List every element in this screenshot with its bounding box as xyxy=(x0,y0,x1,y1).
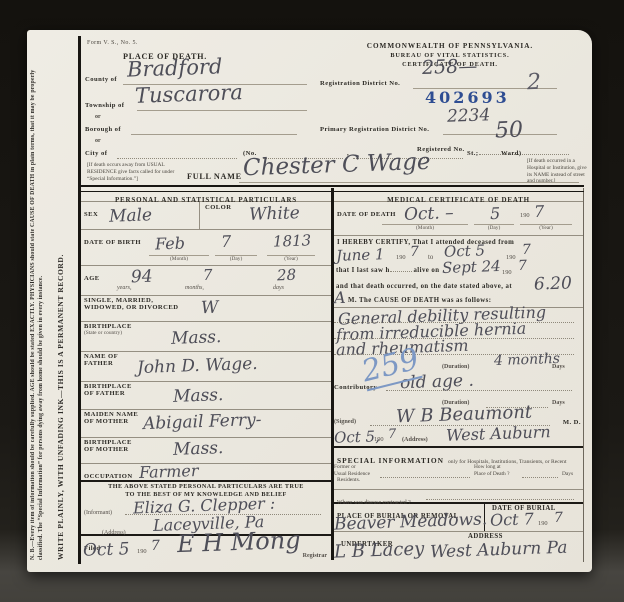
occupation-value: Farmer xyxy=(139,461,199,482)
father-birthplace-row: BIRTHPLACE OF FATHER Mass. xyxy=(81,382,331,410)
registered-no-value: 50 xyxy=(495,118,524,144)
father-bp-value: Mass. xyxy=(173,385,224,407)
date-of-death-row: DATE OF DEATH Oct. – 5 190 7 (Month) (Da… xyxy=(334,202,583,236)
last-saw-year-hw: 7 xyxy=(518,258,527,274)
burial-row: PLACE OF BURIAL OR REMOVAL DATE OF BURIA… xyxy=(334,504,583,532)
city-st-label: St.; xyxy=(467,150,479,157)
age-months-value: 7 xyxy=(203,266,213,284)
attended-to-year-hw: 7 xyxy=(522,242,531,258)
filed-year-hw: 7 xyxy=(151,538,160,554)
statement-line-1: THE ABOVE STATED PERSONAL PARTICULARS AR… xyxy=(84,483,328,491)
mother-birthplace-row: BIRTHPLACE OF MOTHER Mass. xyxy=(81,438,331,464)
death-occurred-text: and that death occurred, on the date sta… xyxy=(336,283,512,290)
medical-certificate-column: MEDICAL CERTIFICATE OF DEATH DATE OF DEA… xyxy=(334,188,583,560)
township-value: Tuscarora xyxy=(135,80,244,108)
margin-note-nb: N. B.—Every item of information should b… xyxy=(30,44,54,560)
or-1: or xyxy=(95,114,101,122)
birthplace-value: Mass. xyxy=(171,327,222,349)
form-number: Form V. S., No. 5. xyxy=(87,40,138,48)
dod-month-caption: (Month) xyxy=(382,224,468,231)
cause-of-death-label: M. The CAUSE OF DEATH was as follows: xyxy=(348,297,491,304)
duration-days-label: Days xyxy=(552,364,565,370)
mother-bp-value: Mass. xyxy=(173,438,224,460)
city-label: City of xyxy=(85,150,107,157)
occupation-label: OCCUPATION xyxy=(84,473,133,480)
duration-value: 4 months xyxy=(494,351,560,369)
form-right-border xyxy=(583,188,584,562)
special-information-row: SPECIAL INFORMATION only for Hospitals, … xyxy=(334,448,583,490)
personal-particulars-column: PERSONAL AND STATISTICAL PARTICULARS SEX… xyxy=(81,188,331,560)
dob-year-value: 1813 xyxy=(273,231,312,250)
county-label: County of xyxy=(85,76,117,83)
signed-year-printed: 190 xyxy=(374,436,384,443)
father-value: John D. Wage. xyxy=(137,354,258,378)
primary-registration-label: Primary Registration District No. xyxy=(320,126,429,133)
last-saw-line: that I last saw h alive on xyxy=(336,267,440,274)
signed-year-hw: 7 xyxy=(388,427,397,442)
contributory-row: Contributory old age . 259 xyxy=(334,374,583,396)
former-label: Former or xyxy=(334,464,356,471)
age-months-caption: months, xyxy=(185,285,204,291)
registration-district-value: 258— xyxy=(422,55,478,79)
registered-no-line xyxy=(479,136,569,155)
burial-year-printed: 190 xyxy=(538,520,548,527)
township-label: Township of xyxy=(85,102,124,109)
signed-address-value: West Auburn xyxy=(446,422,551,445)
undertaker-address-value: West Auburn Pa xyxy=(430,538,568,563)
commonwealth-line: COMMONWEALTH OF PENNSYLVANIA. xyxy=(307,42,593,50)
age-years-caption: years, xyxy=(117,285,132,291)
usual-residence-label: Usual Residence xyxy=(334,471,370,478)
dob-day-caption: (Day) xyxy=(215,255,257,262)
how-long-line xyxy=(522,477,558,478)
how-long-label-1: How long at xyxy=(474,464,501,471)
filed-date-value: Oct 5 xyxy=(83,539,130,561)
certification-row: I HEREBY CERTIFY, That I attended deceas… xyxy=(334,236,583,308)
signed-label: (Signed) xyxy=(334,418,356,425)
signed-date-address-row: Oct 5, 190 7 (Address) West Auburn xyxy=(334,430,583,448)
sex-color-divider xyxy=(199,202,200,229)
county-value: Bradford xyxy=(127,54,223,81)
death-time-value: 6.20 xyxy=(534,273,573,294)
dod-day-caption: (Day) xyxy=(474,224,514,231)
undertaker-value: L B Lacey xyxy=(334,538,425,562)
attended-to-year-printed: 190 xyxy=(506,254,516,261)
sex-label: SEX xyxy=(84,211,98,218)
primary-registration-value: 2234 xyxy=(447,105,491,126)
mother-name-row: MAIDEN NAME OF MOTHER Abigail Ferry- xyxy=(81,410,331,438)
sex-color-row: SEX Male COLOR White xyxy=(81,202,331,230)
borough-label: Borough of xyxy=(85,126,121,133)
city-line xyxy=(117,140,237,159)
last-saw-post: alive on xyxy=(413,267,439,274)
undertaker-address-label: ADDRESS xyxy=(468,533,503,540)
age-days-value: 28 xyxy=(277,266,297,285)
age-years-value: 94 xyxy=(131,267,153,288)
filed-year-printed: 190 xyxy=(137,548,147,555)
certificate-number-stamp: 402693 xyxy=(425,88,510,107)
contracted-line xyxy=(426,499,574,500)
dod-year-hw: 7 xyxy=(534,202,545,221)
last-saw-blank xyxy=(390,271,412,272)
filed-row: Filed Oct 5 190 7 E H Mong Registrar xyxy=(81,536,331,560)
dod-day-value: 5 xyxy=(490,204,501,223)
or-2: or xyxy=(95,138,101,146)
father-name-row: NAME OF FATHER John D. Wage. xyxy=(81,352,331,382)
usual-residence-note: [If death occurs away from USUAL RESIDEN… xyxy=(87,162,183,182)
burial-place-value: Beaver Meadows. xyxy=(334,509,488,534)
registrar-signature: E H Mong xyxy=(177,526,301,558)
disease-contracted-row: Where was disease contracted ? xyxy=(334,490,583,504)
dob-day-value: 7 xyxy=(221,232,232,251)
burial-year-hw: 7 xyxy=(554,510,563,526)
burial-date-value: Oct 7 xyxy=(490,509,534,530)
sex-value: Male xyxy=(109,205,153,226)
last-saw-pre: that I last saw h xyxy=(336,267,390,274)
registrar-label: Registrar xyxy=(303,553,327,559)
attended-to-label: to xyxy=(428,254,433,261)
city-ward-label: Ward) xyxy=(501,150,522,157)
mother-value: Abigail Ferry- xyxy=(143,410,262,434)
certificate-number-annotation: 2 xyxy=(527,70,542,95)
color-value: White xyxy=(249,203,300,225)
dod-month-value: Oct. – xyxy=(404,203,454,225)
last-saw-year-printed: 190 xyxy=(502,269,512,276)
age-label: AGE xyxy=(84,275,100,282)
registration-district-label: Registration District No. xyxy=(320,80,400,87)
dob-year-caption: (Year) xyxy=(267,255,315,262)
how-long-label-2: Place of Death ? xyxy=(474,471,509,478)
death-certificate-paper: N. B.—Every item of information should b… xyxy=(27,30,592,572)
am-pm-hw: A xyxy=(334,288,346,307)
undertaker-row: UNDERTAKER ADDRESS L B Lacey West Auburn… xyxy=(334,532,583,560)
age-days-caption: days xyxy=(273,285,284,291)
attended-from-year-printed: 190 xyxy=(396,254,406,261)
dob-label: DATE OF BIRTH xyxy=(84,239,141,246)
marital-status-row: SINGLE, MARRIED, WIDOWED, OR DIVORCED W xyxy=(81,296,331,322)
usual-residence-line xyxy=(380,477,470,478)
dod-year-printed: 190 xyxy=(520,212,530,219)
date-of-birth-row: DATE OF BIRTH Feb 7 1813 (Month) (Day) (… xyxy=(81,230,331,266)
days-3-label: Days xyxy=(562,471,573,478)
duration-2-days-label: Days xyxy=(552,400,565,406)
marital-value: W xyxy=(201,298,219,319)
dob-month-caption: (Month) xyxy=(149,255,209,262)
age-row: AGE 94 years, 7 months, 28 days xyxy=(81,266,331,296)
borough-line xyxy=(131,116,297,135)
duration-label: (Duration) xyxy=(442,364,469,370)
attended-from-date: June 1 xyxy=(336,245,385,265)
last-saw-date: Sept 24 xyxy=(442,257,501,277)
signed-address-label: (Address) xyxy=(402,436,428,443)
birthplace-row: BIRTHPLACE (State or country) Mass. xyxy=(81,322,331,352)
dod-label: DATE OF DEATH xyxy=(337,211,396,218)
md-label: M. D. xyxy=(563,419,581,426)
occupation-row: OCCUPATION Farmer xyxy=(81,464,331,482)
dob-month-value: Feb xyxy=(155,233,186,253)
dod-year-caption: (Year) xyxy=(520,224,572,231)
attended-from-year-hw: 7 xyxy=(410,244,419,260)
informant-label: (Informant) xyxy=(84,510,112,516)
certificate-columns: PERSONAL AND STATISTICAL PARTICULARS SEX… xyxy=(81,188,583,560)
color-label: COLOR xyxy=(205,204,231,211)
full-name-label: FULL NAME xyxy=(187,172,242,181)
margin-note-permanent-record: WRITE PLAINLY, WITH UNFADING INK—THIS IS… xyxy=(56,44,65,560)
